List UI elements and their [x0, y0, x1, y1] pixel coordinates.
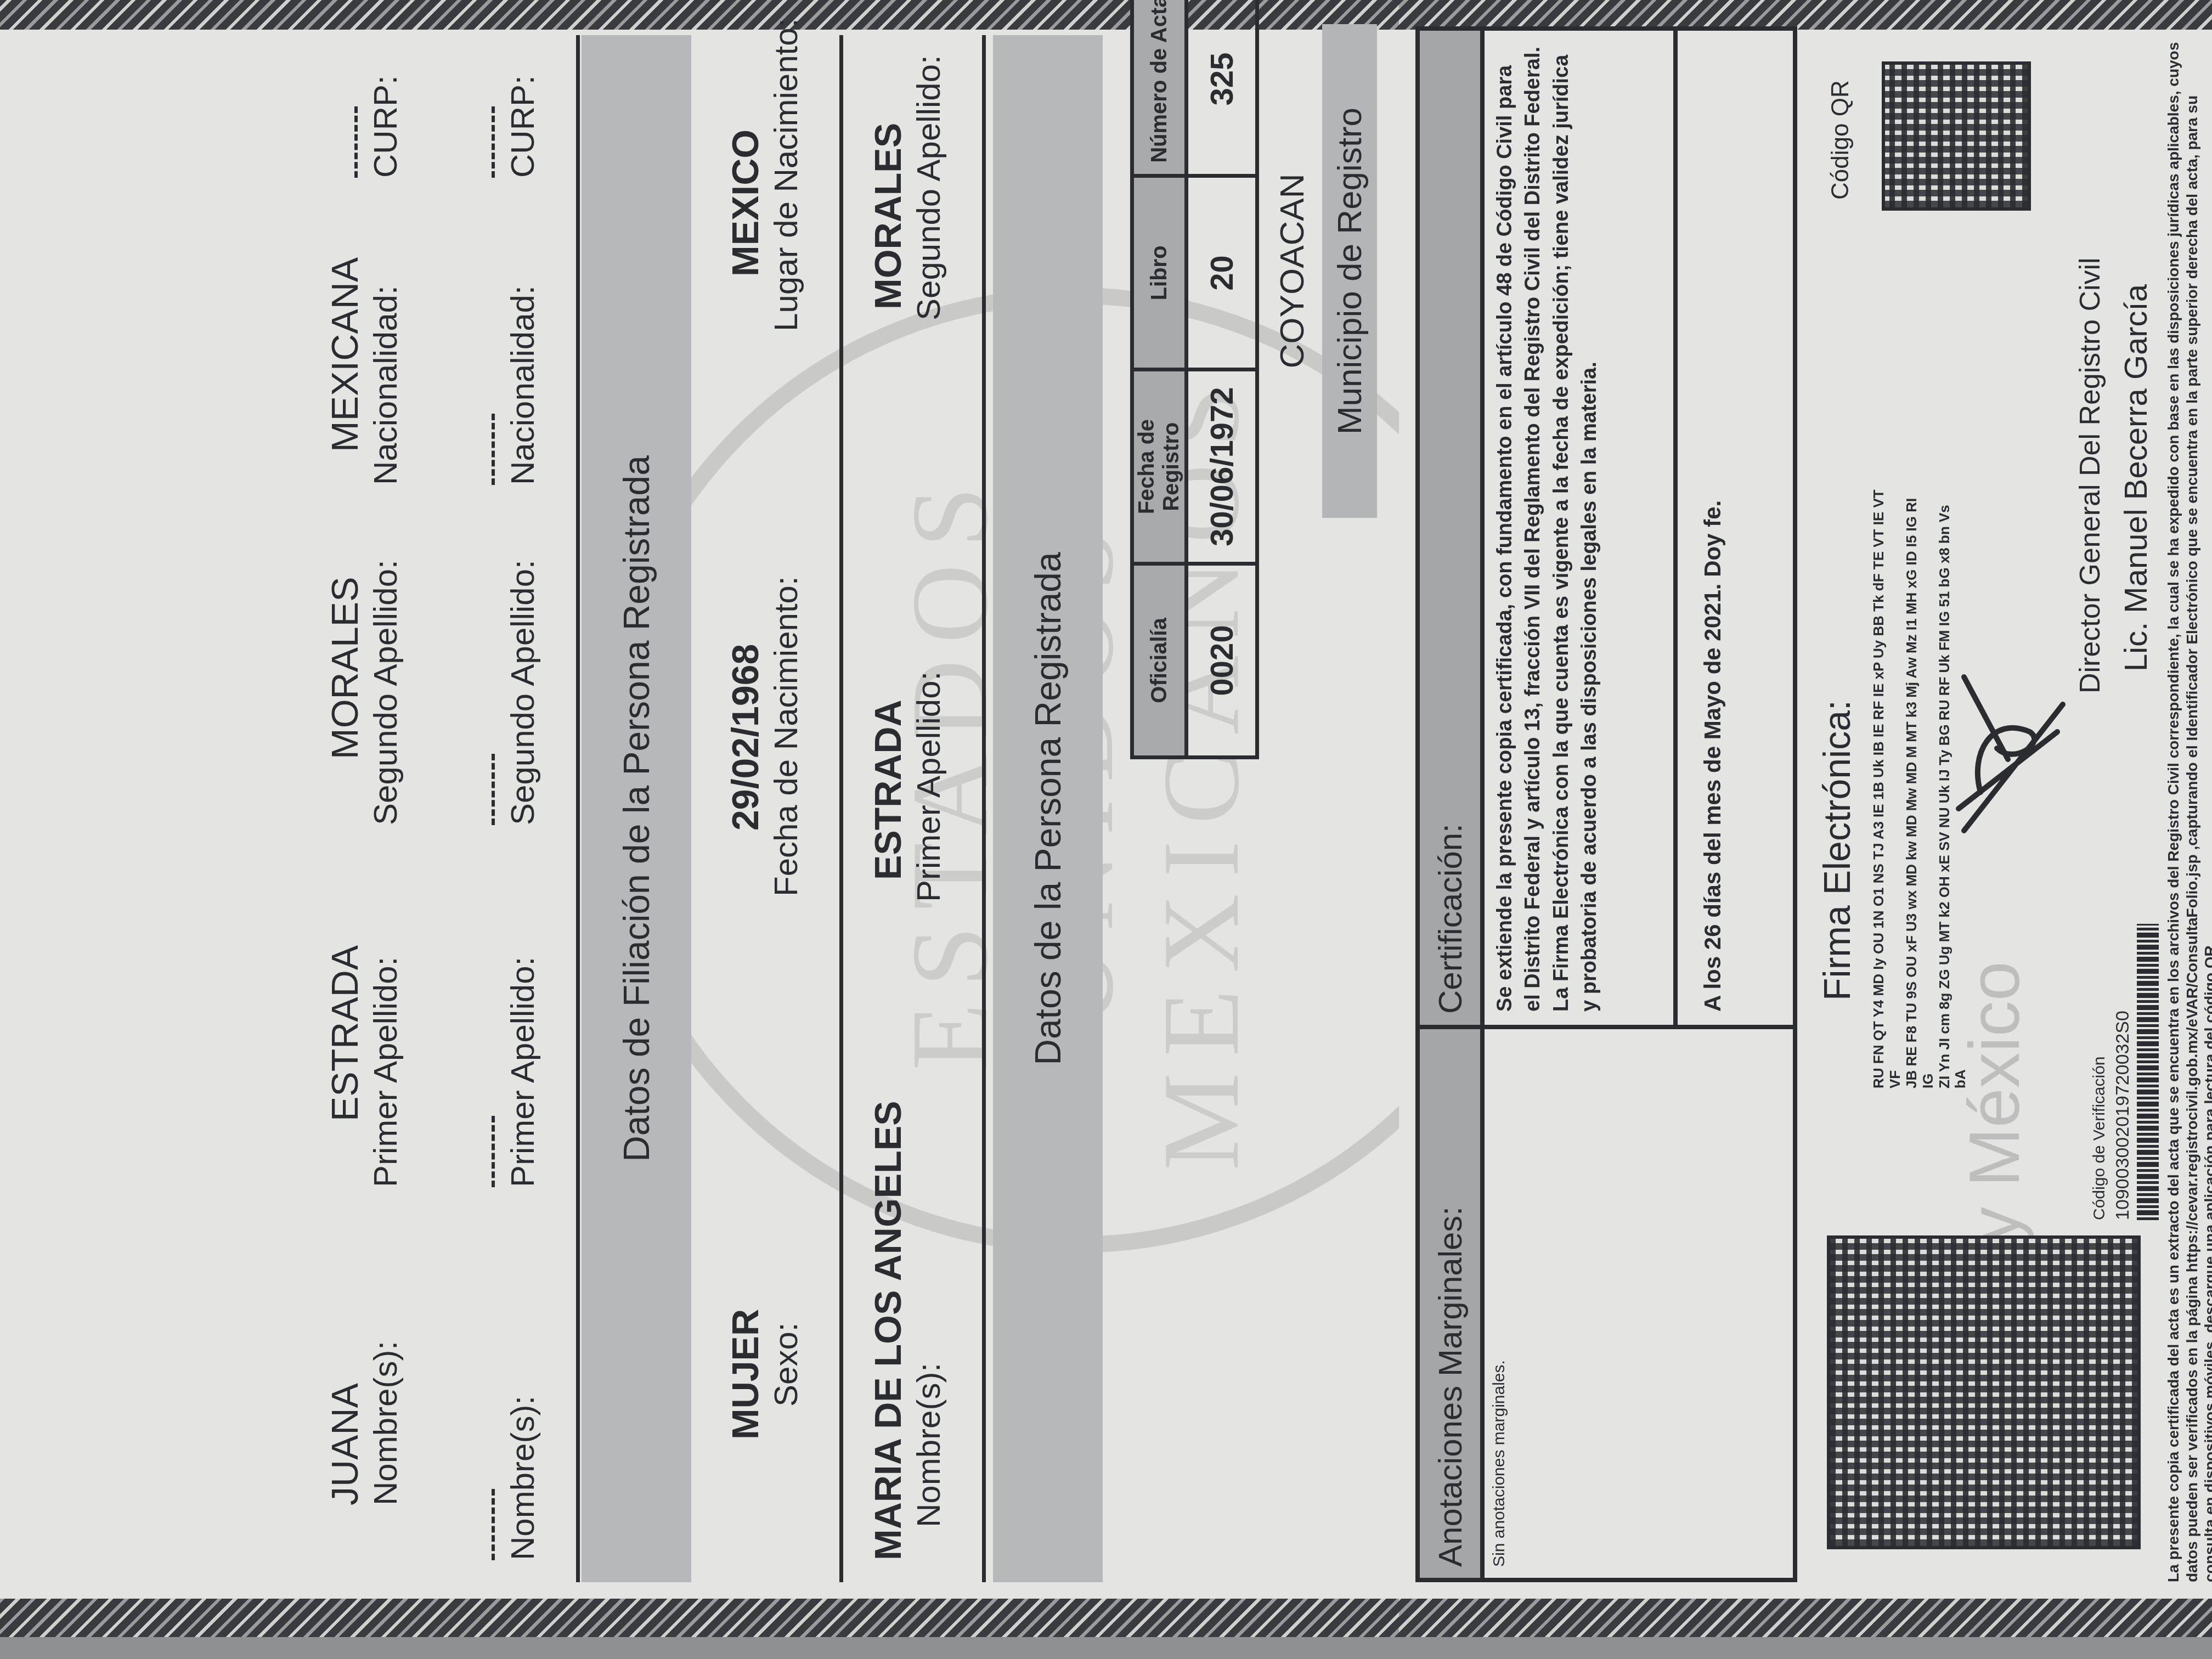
- registered-person-details-row: MUJER Sexo: 29/02/1968 Fecha de Nacimien…: [708, 35, 843, 1582]
- certification-label: Certificación:: [1420, 31, 1485, 1025]
- given-names-value: MARIA DE LOS ANGELES: [867, 1101, 910, 1560]
- birth-place-label: Lugar de Nacimiento:: [767, 19, 805, 331]
- birth-date-label: Fecha de Nacimiento:: [767, 576, 805, 896]
- parent2-second-surname-label: Segundo Apellido:: [366, 560, 404, 825]
- given-names-label: Nombre(s):: [910, 1101, 947, 1527]
- municipality-label: Municipio de Registro: [1330, 108, 1369, 435]
- small-qr-code-icon: [1882, 61, 2031, 211]
- registered-person-section-header: Datos de la Persona Registrada: [993, 35, 1103, 1582]
- parent2-curp-label: CURP:: [366, 75, 404, 178]
- parent1-second-surname-label: Segundo Apellido:: [504, 560, 541, 825]
- birth-date-value: 29/02/1968: [724, 576, 767, 831]
- parent1-second-surname-blank: [486, 754, 495, 825]
- annotations-panel: Anotaciones Marginales: Sin anotaciones …: [1420, 1025, 1793, 1578]
- birth-certificate-paper-lower: Anotaciones Marginales: Sin anotaciones …: [1399, 0, 2212, 1637]
- verification-code-label: Código de Verificación: [2090, 1056, 2109, 1220]
- parent1-given-names-blank: [486, 1489, 495, 1560]
- registry-table: Oficialía Fecha de Registro Libro Número…: [1130, 0, 1259, 759]
- parent1-given-names-label: Nombre(s):: [504, 1396, 541, 1560]
- parent1-first-surname-label: Primer Apellido:: [504, 957, 541, 1187]
- registry-header-oficialia: Oficialía: [1132, 563, 1187, 757]
- parent1-row: Nombre(s): Primer Apellido: Segundo Apel…: [444, 35, 580, 1582]
- sex-value: MUJER: [724, 1309, 767, 1440]
- parent1-curp-blank: [486, 106, 495, 178]
- verification-code-value: 109003002019720032S0: [2112, 1011, 2134, 1220]
- qr-code-label: Código QR: [1827, 80, 1854, 200]
- ornamental-border-left: [1399, 1599, 2212, 1637]
- filiation-section-title: Datos de Filiación de la Persona Registr…: [616, 455, 657, 1162]
- parent2-first-surname-value: ESTRADA: [324, 945, 366, 1121]
- certification-text: Se extiende la presente copia certificad…: [1485, 31, 1678, 1025]
- annotations-label: Anotaciones Marginales:: [1420, 1029, 1485, 1578]
- sex-label: Sexo:: [767, 1309, 805, 1407]
- handwritten-signature-icon: [1948, 666, 2074, 842]
- registry-header-libro: Libro: [1132, 176, 1187, 370]
- parent1-nationality-label: Nacionalidad:: [504, 285, 541, 485]
- parent1-first-surname-blank: [486, 1116, 495, 1187]
- annotations-certification-box: Anotaciones Marginales: Sin anotaciones …: [1415, 26, 1797, 1582]
- parent2-first-surname-label: Primer Apellido:: [366, 945, 404, 1187]
- verification-barcode: [2137, 924, 2159, 1220]
- ornamental-border-right: [1399, 0, 2212, 30]
- director-title: Director General Del Registro Civil: [2074, 257, 2107, 693]
- parent2-nationality-label: Nacionalidad:: [366, 257, 404, 485]
- parent1-curp-label: CURP:: [504, 75, 541, 178]
- signature-code-line: JB RE F8 TU 9S OU xF U3 wx MD kw MD Mw M…: [1904, 485, 1937, 1088]
- registry-fecha: 30/06/1972: [1187, 370, 1257, 563]
- parent2-given-names-label: Nombre(s):: [366, 1341, 404, 1505]
- parent2-given-names-value: JUANA: [324, 1341, 366, 1505]
- registry-header-fecha: Fecha de Registro: [1132, 370, 1187, 563]
- registry-numero-acta: 325: [1187, 0, 1257, 176]
- rotated-document-lower-stage: Anotaciones Marginales: Sin anotaciones …: [1399, 0, 2212, 1659]
- municipality-label-bar: Municipio de Registro: [1322, 24, 1377, 518]
- parent2-second-surname-value: MORALES: [324, 560, 366, 759]
- certification-panel: Certificación: Se extiende la presente c…: [1420, 31, 1793, 1025]
- parent1-nationality-blank: [486, 414, 495, 485]
- registered-person-section-title: Datos de la Persona Registrada: [1027, 552, 1069, 1065]
- parent2-row: JUANA Nombre(s): ESTRADA Primer Apellido…: [318, 35, 439, 1582]
- second-surname-label: Segundo Apellido:: [910, 55, 947, 320]
- registry-table-header-row: Oficialía Fecha de Registro Libro Número…: [1132, 0, 1187, 758]
- registered-person-names-row: MARIA DE LOS ANGELES Nombre(s): ESTRADA …: [845, 35, 986, 1582]
- filiation-section-header: Datos de Filiación de la Persona Registr…: [582, 35, 691, 1582]
- electronic-signature-label: Firma Electrónica:: [1816, 700, 1859, 1001]
- birth-place-value: MEXICO: [724, 19, 767, 276]
- first-surname-value: ESTRADA: [867, 672, 910, 880]
- annotations-text: Sin anotaciones marginales.: [1485, 1029, 1514, 1578]
- director-name: Lic. Manuel Becerra García: [2118, 284, 2154, 672]
- registry-libro: 20: [1187, 176, 1257, 370]
- registry-table-row: 0020 30/06/1972 20 325: [1187, 0, 1257, 758]
- second-surname-value: MORALES: [867, 55, 910, 309]
- certification-date: A los 26 días del mes de Mayo de 2021. D…: [1678, 31, 1748, 1025]
- registry-header-numero-acta: Número de Acta: [1132, 0, 1187, 176]
- signature-code-line: RU FN QT Y4 MD Iy OU 1N O1 NS TJ A3 IE 1…: [1871, 485, 1904, 1088]
- registry-oficialia: 0020: [1187, 563, 1257, 757]
- large-qr-code-icon: [1827, 1235, 2141, 1549]
- parent2-nationality-value: MEXICANA: [324, 257, 366, 452]
- parent2-curp-blank: [349, 106, 358, 178]
- footer-legal-text: La presente copia certificada del acta e…: [2164, 35, 2212, 1582]
- first-surname-label: Primer Apellido:: [910, 672, 947, 902]
- municipality-value: COYOACAN: [1273, 24, 1312, 518]
